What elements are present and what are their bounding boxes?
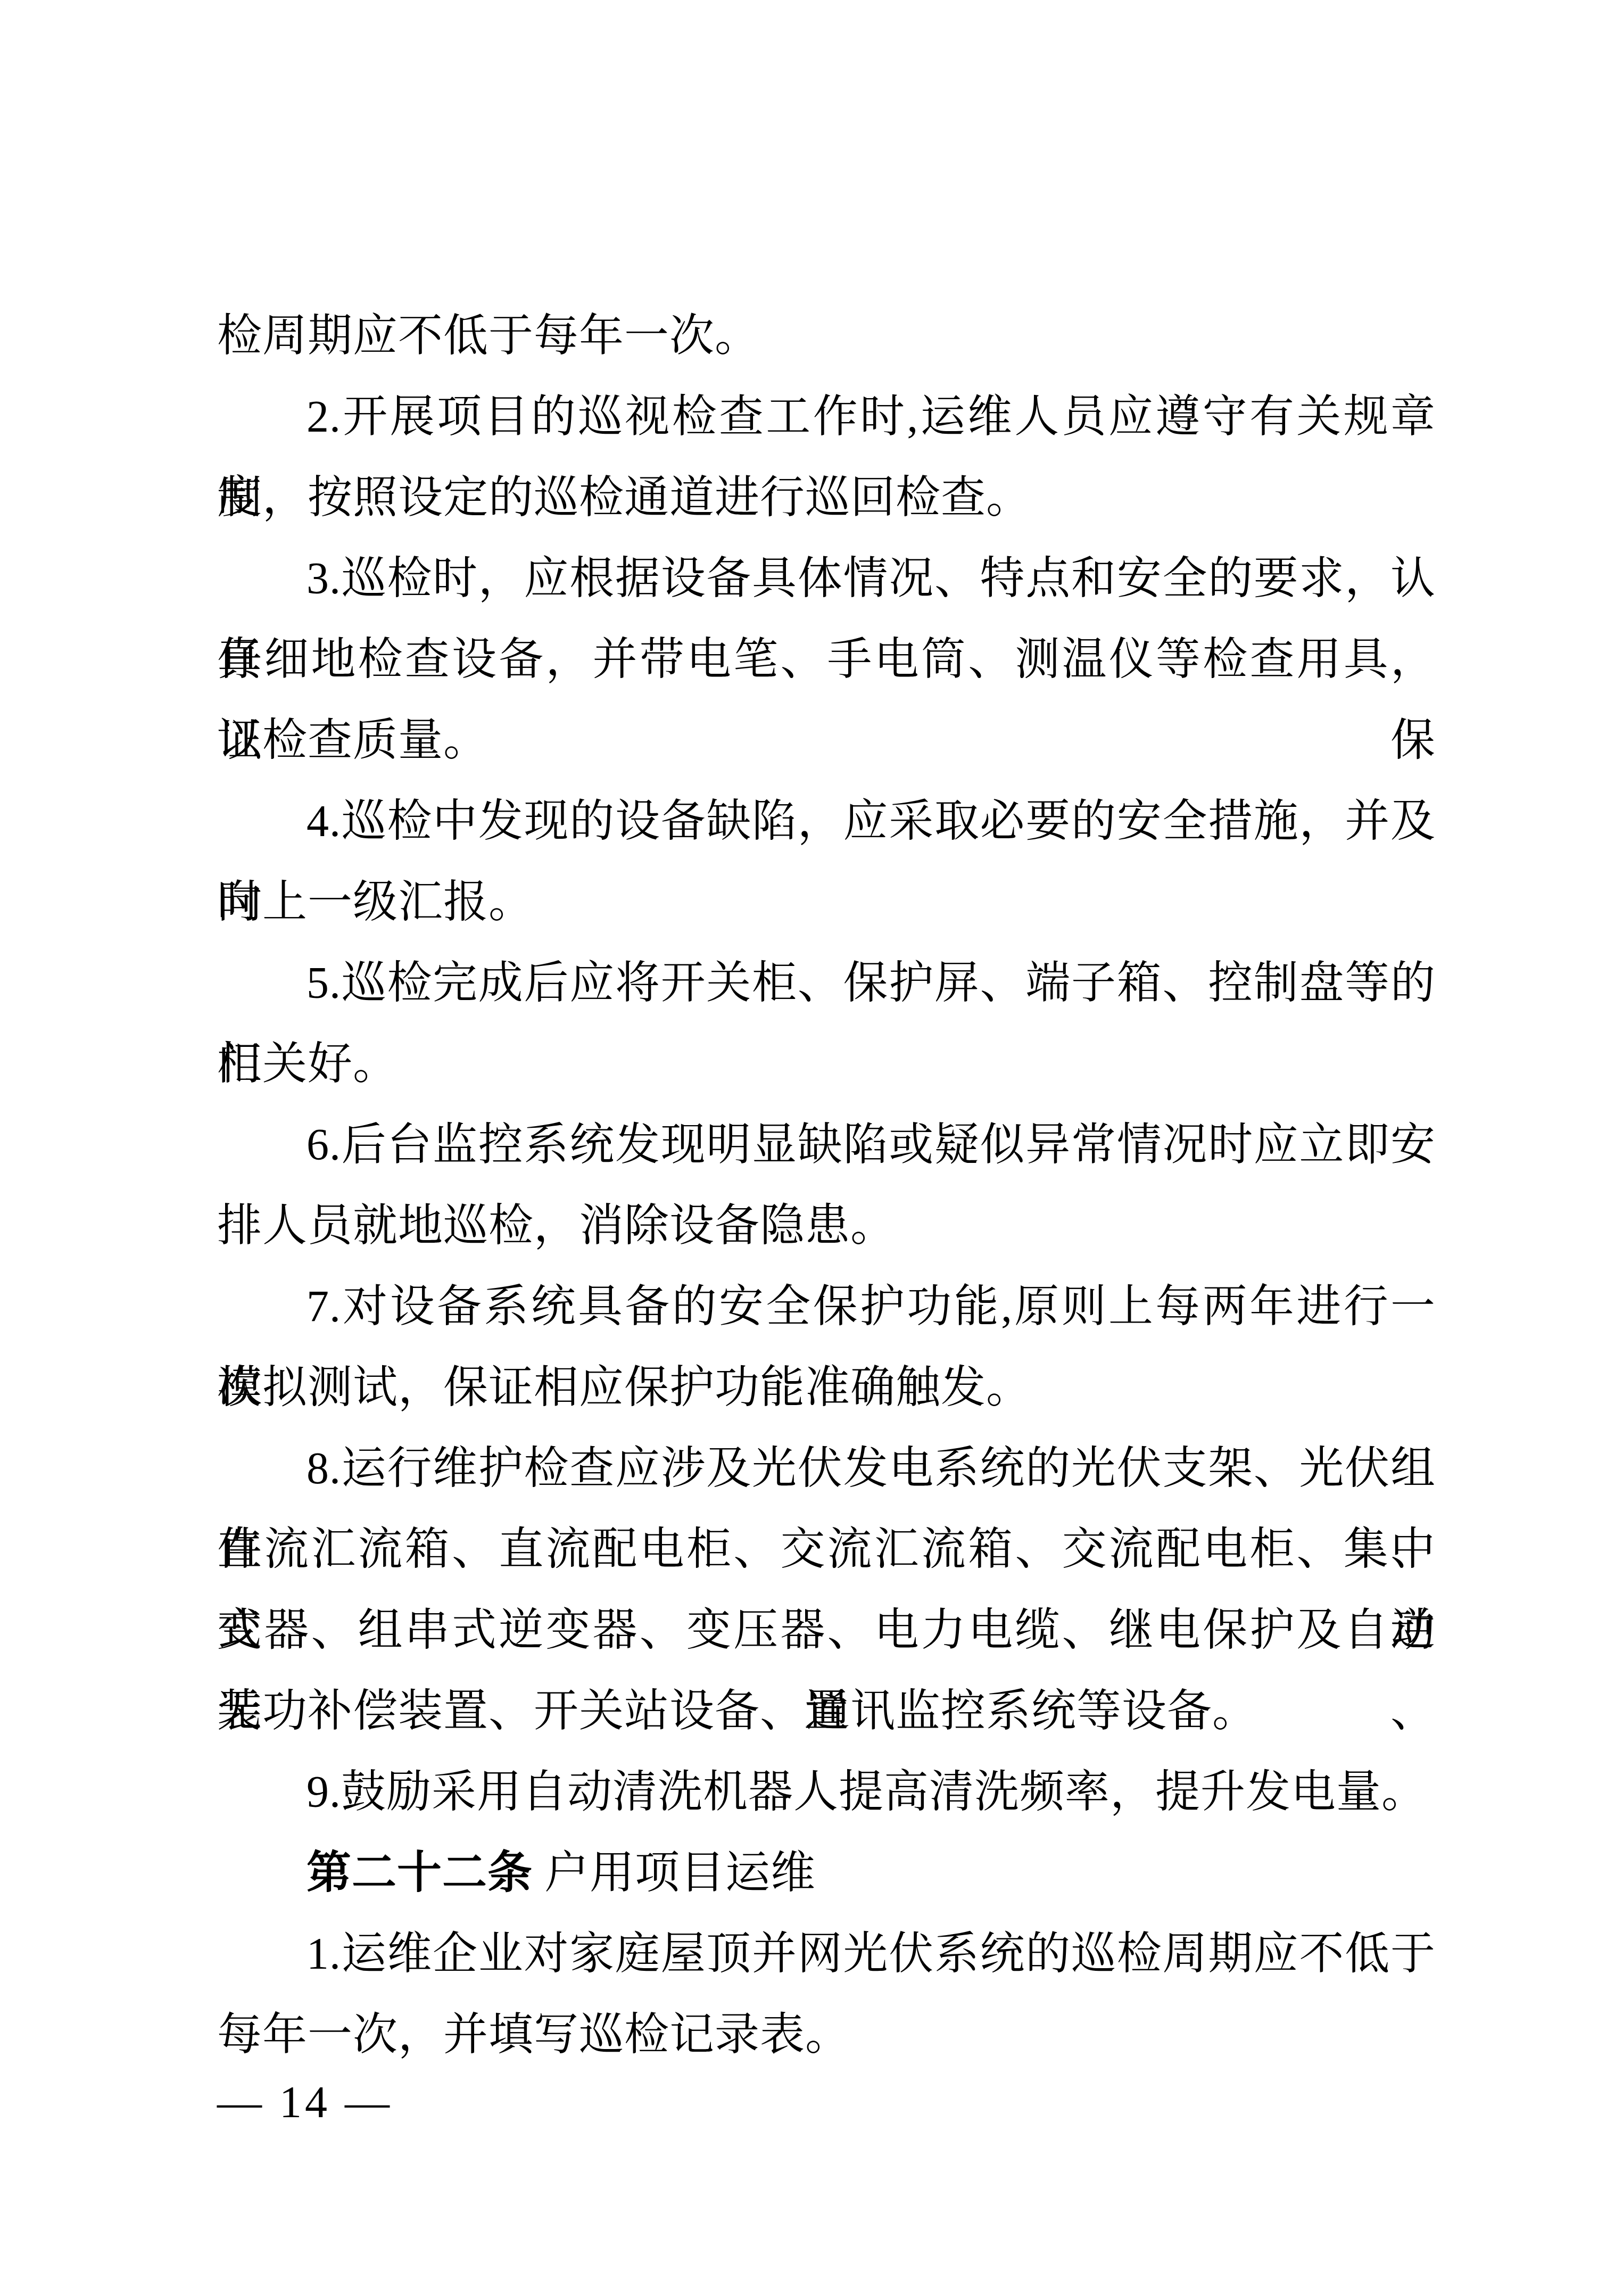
article-heading-line: 第二十二条 户用项目运维 xyxy=(217,1833,1436,1914)
footer-page-number: — 14 — xyxy=(217,2062,393,2143)
text-line: 门关好。 xyxy=(217,1024,1436,1105)
article-title: 户用项目运维 xyxy=(533,1848,816,1898)
text-line: 直流汇流箱、直流配电柜、交流汇流箱、交流配电柜、集中式逆 xyxy=(217,1509,1436,1590)
text-line: 排人员就地巡检，消除设备隐患。 xyxy=(217,1186,1436,1267)
text-line: 9.鼓励采用自动清洗机器人提高清洗频率，提升发电量。 xyxy=(217,1752,1436,1833)
text-line: 模拟测试，保证相应保护功能准确触发。 xyxy=(217,1348,1436,1428)
text-line: 7.对设备系统具备的安全保护功能,原则上每两年进行一次 xyxy=(217,1267,1436,1348)
text-line: 度，按照设定的巡检通道进行巡回检查。 xyxy=(217,458,1436,539)
document-page: 检周期应不低于每年一次。2.开展项目的巡视检查工作时,运维人员应遵守有关规章制度… xyxy=(0,0,1623,2296)
text-line: 4.巡检中发现的设备缺陷，应采取必要的安全措施，并及时 xyxy=(217,781,1436,862)
text-line: 3.巡检时，应根据设备具体情况、特点和安全的要求，认真 xyxy=(217,539,1436,620)
text-line: 2.开展项目的巡视检查工作时,运维人员应遵守有关规章制 xyxy=(217,377,1436,458)
text-line: 仔细地检查设备，并带电笔、手电筒、测温仪等检查用具，以保 xyxy=(217,620,1436,700)
text-line: 检周期应不低于每年一次。 xyxy=(217,296,1436,377)
text-line: 8.运行维护检查应涉及光伏发电系统的光伏支架、光伏组件、 xyxy=(217,1428,1436,1509)
text-line: 无功补偿装置、开关站设备、通讯监控系统等设备。 xyxy=(217,1671,1436,1752)
text-line: 每年一次，并填写巡检记录表。 xyxy=(217,1995,1436,2076)
text-line: 变器、组串式逆变器、变压器、电力电缆、继电保护及自动装置、 xyxy=(217,1590,1436,1671)
text-line: 向上一级汇报。 xyxy=(217,862,1436,943)
text-line: 5.巡检完成后应将开关柜、保护屏、端子箱、控制盘等的柜 xyxy=(217,943,1436,1024)
article-number: 第二十二条 xyxy=(307,1848,533,1898)
text-line: 1.运维企业对家庭屋顶并网光伏系统的巡检周期应不低于 xyxy=(217,1914,1436,1995)
text-line: 6.后台监控系统发现明显缺陷或疑似异常情况时应立即安 xyxy=(217,1105,1436,1186)
document-body: 检周期应不低于每年一次。2.开展项目的巡视检查工作时,运维人员应遵守有关规章制度… xyxy=(217,296,1436,2076)
